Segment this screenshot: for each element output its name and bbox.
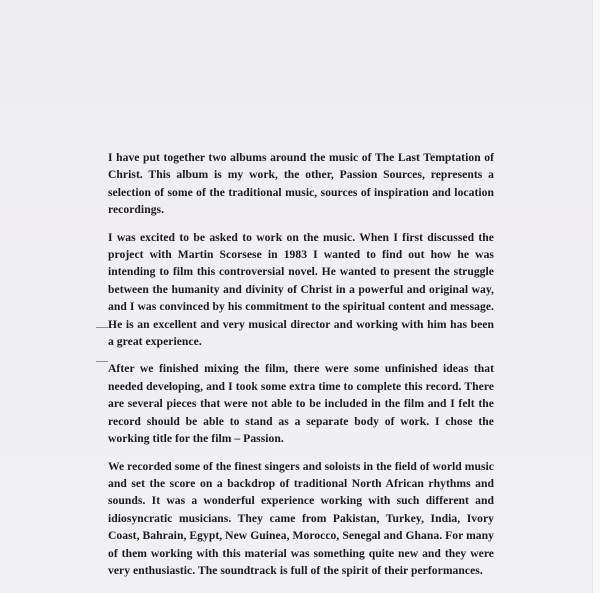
page-edge-strip	[592, 0, 600, 593]
liner-notes-text: I have put together two albums around th…	[108, 149, 494, 589]
paragraph-musicians: We recorded some of the finest singers a…	[108, 458, 494, 580]
margin-tick-mark	[96, 361, 108, 362]
margin-tick-mark	[96, 327, 108, 328]
paragraph-scorsese: I was excited to be asked to work on the…	[108, 229, 494, 351]
paragraph-intro: I have put together two albums around th…	[108, 149, 494, 219]
paragraph-passion: After we finished mixing the film, there…	[108, 360, 494, 447]
scanned-page: I have put together two albums around th…	[0, 0, 592, 593]
